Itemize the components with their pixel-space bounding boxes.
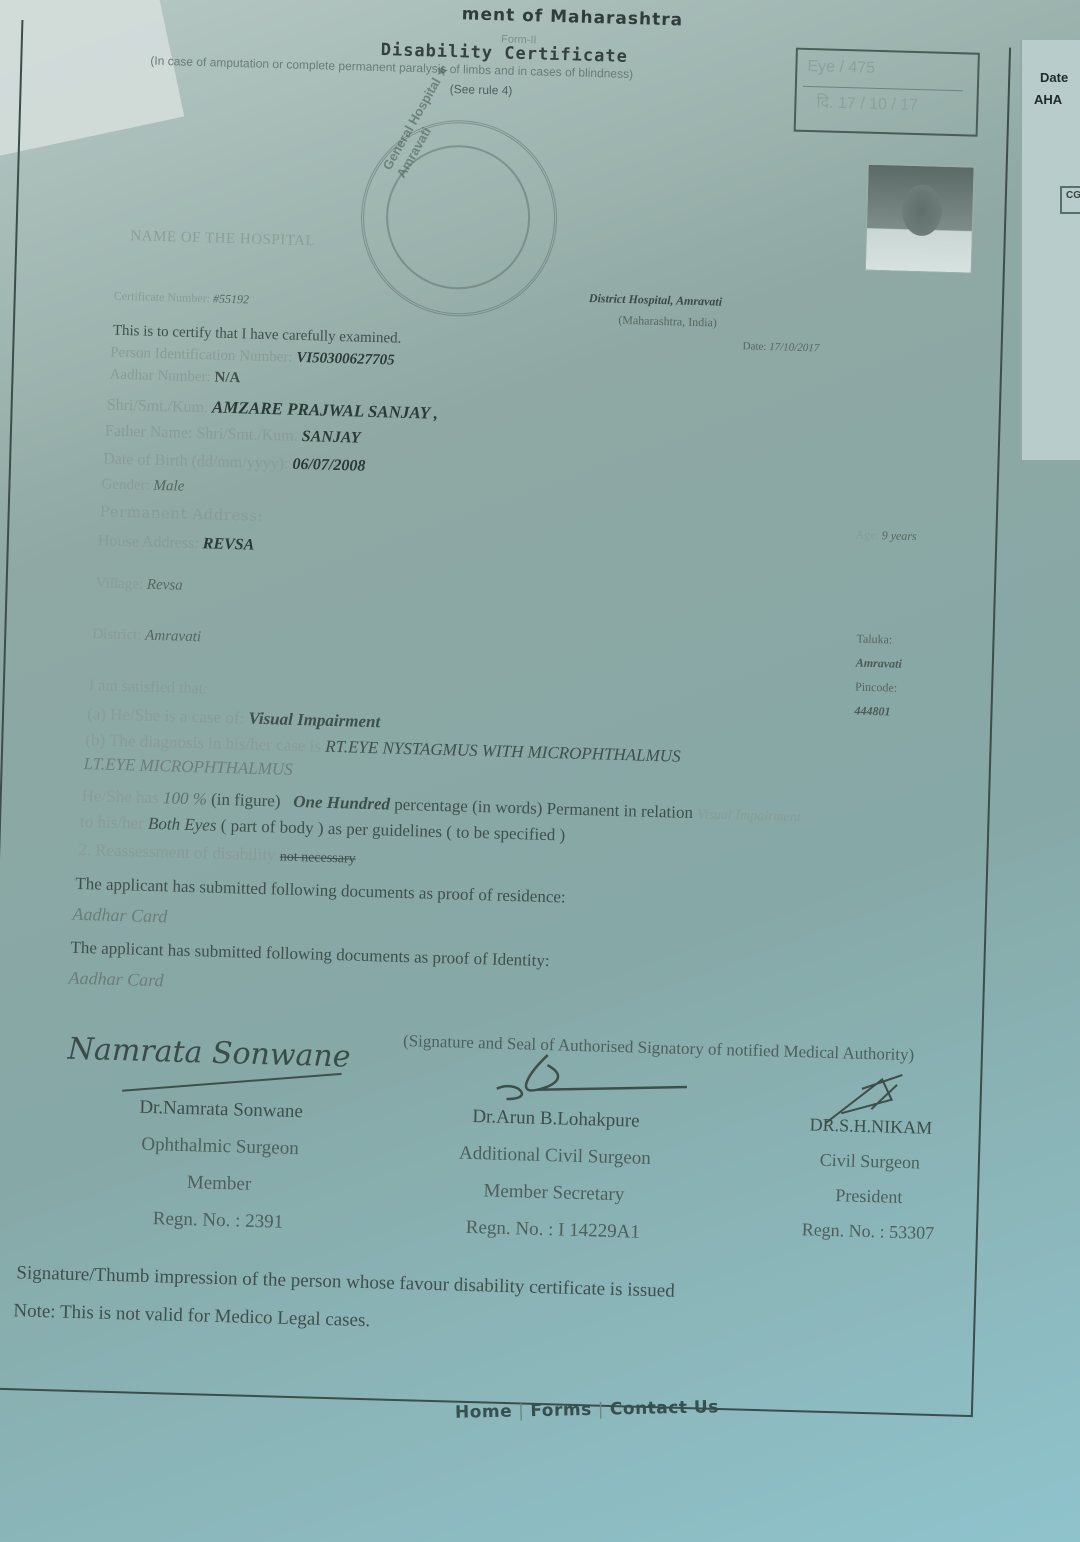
issue-date-value: 17/10/2017 [769,341,819,354]
nav-home-link[interactable]: Home [455,1402,513,1423]
inward-number: Eye / 475 [807,58,875,78]
nav-forms-link[interactable]: Forms [530,1400,592,1421]
aadhar-value: N/A [214,370,240,387]
percentage-words: One Hundred [293,792,390,814]
background-date-label: Date [1040,70,1068,85]
age-label: Age: [855,527,879,542]
village-value: Revsa [147,577,183,594]
body-part-label: to his/her [80,812,144,833]
father-name: SANJAY [302,428,361,447]
satisfied-text: I am satisfied that: [89,677,208,698]
pincode-value: 444801 [854,704,890,720]
village-row: Village: Revsa [95,575,182,594]
aadhar-label: Aadhar Number: [109,367,211,386]
authority-regn: Regn. No. : 53307 [747,1211,988,1253]
district-label: District: [92,626,142,643]
village-label: Village: [96,575,144,592]
percentage-label: He/She has [82,786,159,807]
applicant-photo [865,164,975,274]
gender-label: Gender: [101,476,150,493]
house-address-value: REVSA [203,535,255,553]
reassessment-value: not necessary [280,850,356,867]
nav-separator: | [518,1401,525,1421]
authority-regn: Regn. No. : 2391 [98,1199,339,1243]
inward-date: दि. 17 / 10 / 17 [816,90,918,115]
background-cg-box: CG [1060,186,1080,214]
age-row: Age: 9 years [855,527,917,544]
certificate-number-label: Certificate Number: [114,289,211,306]
issue-date-label: Date: [742,340,766,353]
background-aha-label: AHA [1034,92,1062,107]
house-address-label: House Address: [98,532,199,552]
issue-date: Date: 17/10/2017 [742,340,819,354]
inward-stamp: Eye / 475 दि. 17 / 10 / 17 [794,48,980,137]
nav-contact-link[interactable]: Contact Us [610,1397,719,1419]
age-value: 9 years [882,528,917,543]
taluka-value: Amravati [856,656,902,672]
nav-separator: | [598,1400,605,1420]
footer-nav: Home|Forms|Contact Us [455,1397,719,1423]
certificate-page: ment of Maharashtra Form-II Disability C… [0,0,1012,1425]
authority-member: Dr.Namrata Sonwane Ophthalmic Surgeon Me… [98,1088,342,1243]
district-value: Amravati [145,628,201,646]
residence-proof-doc: Aadhar Card [72,904,167,928]
body-part-value: Both Eyes [148,814,217,835]
percentage-figure-note: (in figure) [211,790,281,811]
applicant-name-label: Shri/Smt./Kum. [106,397,208,417]
gender-value: Male [153,478,184,495]
authority-regn: Regn. No. : I 14229A1 [432,1208,673,1252]
relation-value: Visual Impairment [697,807,801,825]
person-id-value: VI50300627705 [296,350,395,369]
aadhar-row: Aadhar Number: N/A [109,367,240,388]
authority-designation: Additional Civil Surgeon [434,1134,675,1178]
government-heading: ment of Maharashtra [461,4,683,30]
authority-president: DR.S.H.NIKAM Civil Surgeon President Reg… [747,1106,991,1253]
authority-member-secretary: Dr.Arun B.Lohakpure Additional Civil Sur… [432,1097,676,1252]
case-label: (a) He/She is a case of: [87,704,245,727]
percentage-figure: 100 % [163,788,207,808]
taluka-label: Taluka: [856,632,892,648]
gender-row: Gender: Male [101,476,184,495]
certificate-number-value: #55192 [213,291,249,306]
dob-value: 06/07/2008 [292,456,365,475]
hospital-location: (Maharashtra, India) [618,313,717,331]
case-value: Visual Impairment [248,709,380,732]
district-row: District: Amravati [92,626,201,646]
pincode-label: Pincode: [855,680,897,696]
background-paper-right: Date AHA CG [1020,40,1080,460]
identity-proof-doc: Aadhar Card [68,968,163,992]
